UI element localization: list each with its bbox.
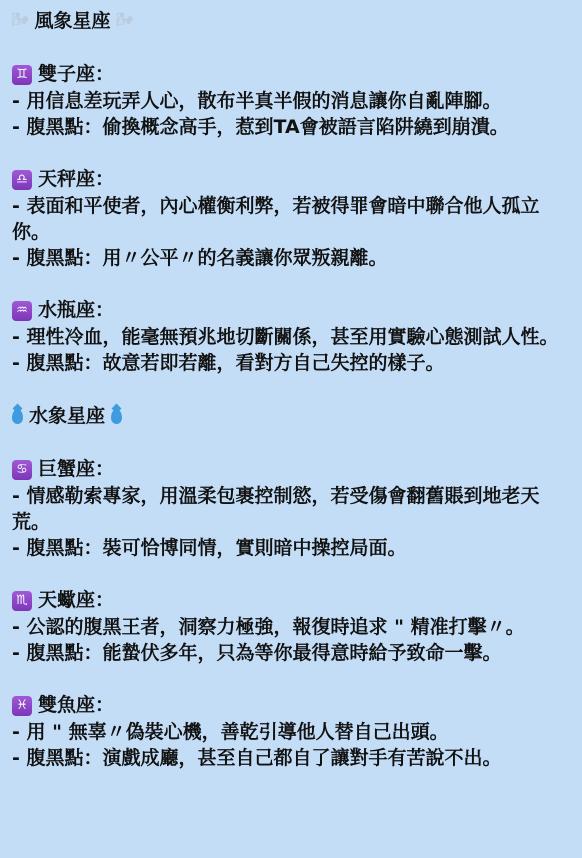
sign-libra: ♎天秤座： - 表面和平使者，內心權衡利弊，若被得罪會暗中聯合他人孤立你。 - …: [12, 166, 577, 271]
sign-name: 天蠍座：: [38, 587, 114, 614]
message-content: 🌬 風象星座 🌬 ♊雙子座： - 用信息差玩弄人心，散布半真半假的消息讓你自亂陣…: [0, 0, 577, 771]
wind-icon: 🌬: [12, 7, 29, 35]
sign-aquarius: ♒水瓶座： - 理性冷血，能毫無預兆地切斷關係，甚至用實驗心態測試人性。 - 腹…: [12, 297, 577, 376]
sign-line: - 表面和平使者，內心權衡利弊，若被得罪會暗中聯合他人孤立你。: [12, 193, 577, 245]
libra-icon: ♎: [12, 170, 32, 190]
air-section-title: 🌬 風象星座 🌬: [12, 7, 577, 35]
wind-icon: 🌬: [117, 7, 134, 35]
gemini-icon: ♊: [12, 65, 32, 85]
sign-scorpio: ♏天蠍座： - 公認的腹黑王者，洞察力極強，報復時追求 " 精准打擊〃。 - 腹…: [12, 587, 577, 666]
sign-gemini: ♊雙子座： - 用信息差玩弄人心，散布半真半假的消息讓你自亂陣腳。 - 腹黑點：…: [12, 61, 577, 140]
droplet-icon: [111, 409, 122, 424]
droplet-icon: [12, 409, 23, 424]
cancer-icon: ♋: [12, 460, 32, 480]
sign-line: - 用 " 無辜〃偽裝心機，善乾引導他人替自己出頭。: [12, 719, 577, 745]
sign-line: - 腹黑點：演戲成廳，甚至自己都自了讓對手有苦說不出。: [12, 745, 577, 771]
sign-name: 水瓶座：: [38, 297, 114, 324]
sign-line: - 理性冷血，能毫無預兆地切斷關係，甚至用實驗心態測試人性。: [12, 324, 577, 350]
sign-cancer: ♋巨蟹座： - 情感勒索專家，用溫柔包裹控制慾，若受傷會翻舊賬到地老天荒。 - …: [12, 456, 577, 561]
sign-line: - 腹黑點：故意若即若離，看對方自己失控的樣子。: [12, 350, 577, 376]
sign-name: 雙魚座：: [38, 692, 114, 719]
pisces-icon: ♓: [12, 696, 32, 716]
air-section-label: 風象星座: [35, 7, 111, 35]
sign-line: - 腹黑點：裝可恰博同情，實則暗中操控局面。: [12, 535, 577, 561]
scorpio-icon: ♏: [12, 591, 32, 611]
sign-line: - 腹黑點：用〃公平〃的名義讓你眾叛親離。: [12, 245, 577, 271]
sign-line: - 公認的腹黑王者，洞察力極強，報復時追求 " 精准打擊〃。: [12, 614, 577, 640]
sign-line: - 用信息差玩弄人心，散布半真半假的消息讓你自亂陣腳。: [12, 88, 577, 114]
aquarius-icon: ♒: [12, 301, 32, 321]
sign-name: 巨蟹座：: [38, 456, 114, 483]
sign-line: - 腹黑點：偷換概念高手，惹到TA會被語言陷阱繞到崩潰。: [12, 114, 577, 140]
water-section-title: 水象星座: [12, 402, 577, 430]
water-section-label: 水象星座: [29, 402, 105, 430]
sign-line: - 腹黑點：能蟄伏多年，只為等你最得意時給予致命一擊。: [12, 640, 577, 666]
sign-name: 雙子座：: [38, 61, 114, 88]
sign-line: - 情感勒索專家，用溫柔包裹控制慾，若受傷會翻舊賬到地老天荒。: [12, 483, 577, 535]
sign-name: 天秤座：: [38, 166, 114, 193]
sign-pisces: ♓雙魚座： - 用 " 無辜〃偽裝心機，善乾引導他人替自己出頭。 - 腹黑點：演…: [12, 692, 577, 771]
